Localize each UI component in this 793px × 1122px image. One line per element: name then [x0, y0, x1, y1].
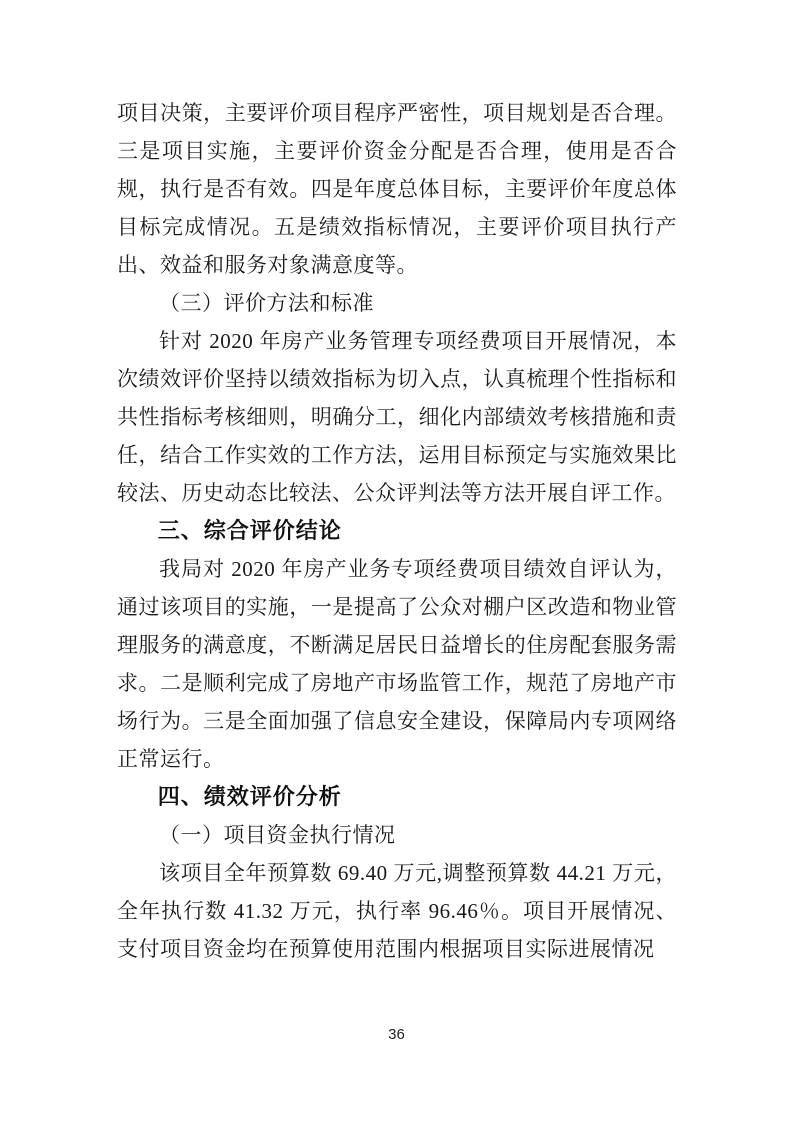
subheading-project-fund-execution: （一）项目资金执行情况	[117, 816, 677, 854]
paragraph-evaluation-method: 针对 2020 年房产业务管理专项经费项目开展情况，本次绩效评价坚持以绩效指标为…	[117, 322, 677, 512]
document-body: 项目决策，主要评价项目程序严密性，项目规划是否合理。三是项目实施，主要评价资金分…	[117, 94, 677, 968]
document-page: 项目决策，主要评价项目程序严密性，项目规划是否合理。三是项目实施，主要评价资金分…	[0, 0, 793, 1122]
heading-performance-evaluation-analysis: 四、绩效评价分析	[117, 778, 677, 816]
paragraph-fund-execution: 该项目全年预算数 69.40 万元,调整预算数 44.21 万元，全年执行数 4…	[117, 854, 677, 968]
page-number: 36	[0, 1026, 793, 1043]
paragraph-project-decision-continued: 项目决策，主要评价项目程序严密性，项目规划是否合理。三是项目实施，主要评价资金分…	[117, 94, 677, 284]
paragraph-evaluation-conclusion: 我局对 2020 年房产业务专项经费项目绩效自评认为，通过该项目的实施，一是提高…	[117, 550, 677, 778]
subheading-evaluation-method-and-standard: （三）评价方法和标准	[117, 284, 677, 322]
heading-comprehensive-evaluation-conclusion: 三、综合评价结论	[117, 512, 677, 550]
